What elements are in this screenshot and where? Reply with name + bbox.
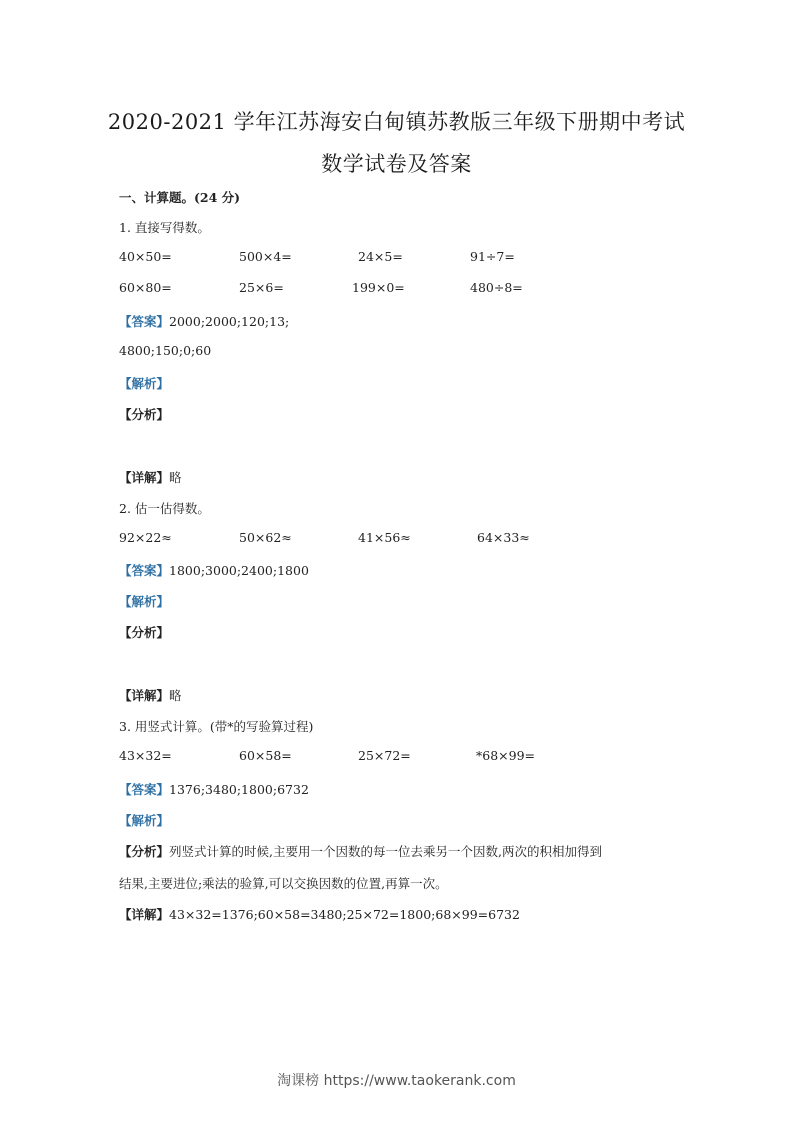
q1-item: 91÷7= <box>470 249 515 264</box>
q3-item: 60×58= <box>239 748 292 763</box>
answer-label: 【答案】 <box>119 314 169 329</box>
q2-prompt: 2. 估一估得数。 <box>119 499 210 517</box>
q1-jiexi-label: 【解析】 <box>119 374 169 392</box>
q1-row2: 60×80= 25×6= 199×0= 480÷8= <box>0 280 793 298</box>
q2-row1: 92×22≈ 50×62≈ 41×56≈ 64×33≈ <box>0 530 793 548</box>
q1-prompt: 1. 直接写得数。 <box>119 218 210 236</box>
xiangjie-label: 【详解】 <box>119 470 169 485</box>
q1-answer-cont: 4800;150;0;60 <box>119 343 211 358</box>
q1-answer: 【答案】2000;2000;120;13; <box>119 312 289 330</box>
q1-item: 60×80= <box>119 280 172 295</box>
q1-item: 24×5= <box>358 249 403 264</box>
footer-watermark: 淘课榜 https://www.taokerank.com <box>0 1070 793 1090</box>
q1-answer-text: 2000;2000;120;13; <box>169 314 289 329</box>
xiangjie-label: 【详解】 <box>119 688 169 703</box>
q2-item: 92×22≈ <box>119 530 172 545</box>
q1-fenxi-label: 【分析】 <box>119 405 169 423</box>
section-heading: 一、计算题。(24 分) <box>119 188 240 206</box>
q2-item: 41×56≈ <box>358 530 411 545</box>
q3-xiangjie: 【详解】43×32=1376;60×58=3480;25×72=1800;68×… <box>119 905 520 923</box>
q1-xiangjie: 【详解】略 <box>119 468 182 486</box>
q2-item: 64×33≈ <box>477 530 530 545</box>
q3-answer: 【答案】1376;3480;1800;6732 <box>119 780 309 798</box>
answer-label: 【答案】 <box>119 563 169 578</box>
fenxi-label: 【分析】 <box>119 844 169 859</box>
q1-xiangjie-text: 略 <box>169 470 182 485</box>
q1-item: 199×0= <box>352 280 405 295</box>
q2-fenxi-label: 【分析】 <box>119 623 169 641</box>
document-title-line2: 数学试卷及答案 <box>0 148 793 178</box>
q2-answer-text: 1800;3000;2400;1800 <box>169 563 309 578</box>
q2-item: 50×62≈ <box>239 530 292 545</box>
q3-row1: 43×32= 60×58= 25×72= *68×99= <box>0 748 793 766</box>
q3-jiexi-label: 【解析】 <box>119 811 169 829</box>
document-title-line1: 2020-2021 学年江苏海安白甸镇苏教版三年级下册期中考试 <box>0 106 793 136</box>
q1-item: 25×6= <box>239 280 284 295</box>
q3-item: *68×99= <box>476 748 535 763</box>
xiangjie-label: 【详解】 <box>119 907 169 922</box>
q2-xiangjie: 【详解】略 <box>119 686 182 704</box>
answer-label: 【答案】 <box>119 782 169 797</box>
q3-fenxi-cont: 结果,主要进位;乘法的验算,可以交换因数的位置,再算一次。 <box>119 874 448 892</box>
q1-row1: 40×50= 500×4= 24×5= 91÷7= <box>0 249 793 267</box>
q3-answer-text: 1376;3480;1800;6732 <box>169 782 309 797</box>
q1-item: 500×4= <box>239 249 292 264</box>
q3-item: 43×32= <box>119 748 172 763</box>
q3-prompt: 3. 用竖式计算。(带*的写验算过程) <box>119 717 313 735</box>
q1-item: 480÷8= <box>470 280 523 295</box>
q2-jiexi-label: 【解析】 <box>119 592 169 610</box>
q1-item: 40×50= <box>119 249 172 264</box>
q3-xiangjie-text: 43×32=1376;60×58=3480;25×72=1800;68×99=6… <box>169 907 520 922</box>
q3-fenxi-text: 列竖式计算的时候,主要用一个因数的每一位去乘另一个因数,两次的积相加得到 <box>169 844 602 859</box>
q3-fenxi: 【分析】列竖式计算的时候,主要用一个因数的每一位去乘另一个因数,两次的积相加得到 <box>119 842 602 860</box>
q3-item: 25×72= <box>358 748 411 763</box>
q2-xiangjie-text: 略 <box>169 688 182 703</box>
q2-answer: 【答案】1800;3000;2400;1800 <box>119 561 309 579</box>
